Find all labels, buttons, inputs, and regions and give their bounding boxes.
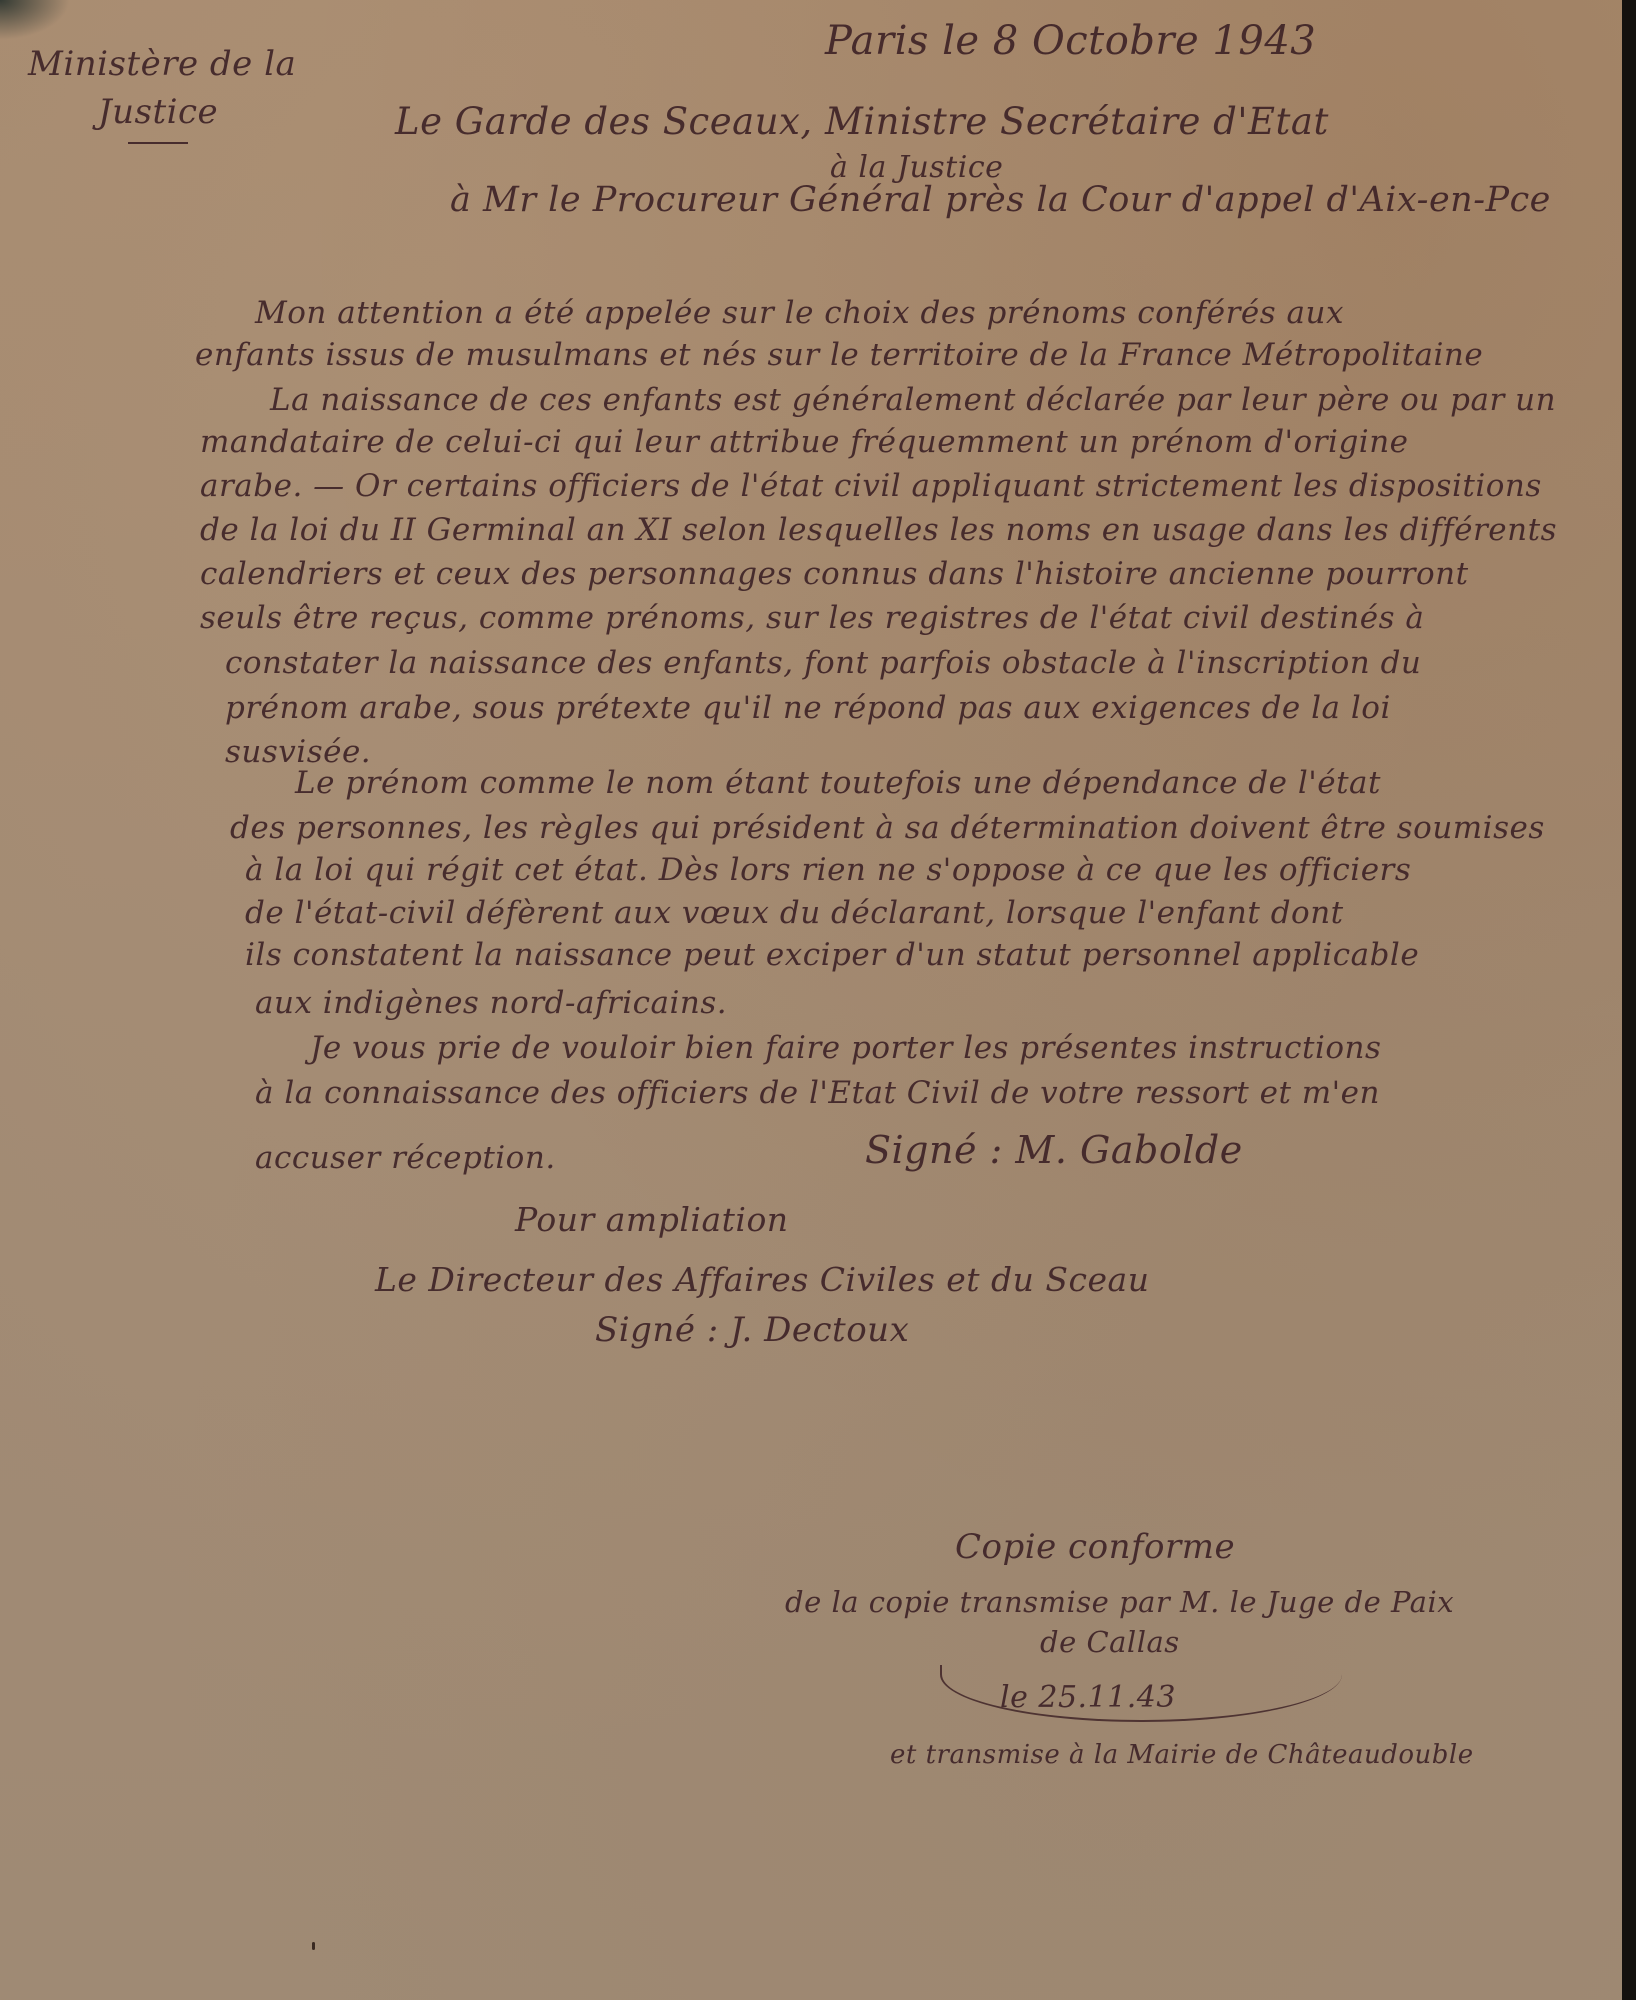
certification-date: le 25.11.43 (1000, 1680, 1176, 1715)
body-line: de la loi du II Germinal an XI selon les… (200, 512, 1557, 548)
ministry-underline (128, 142, 188, 144)
recipient-line: à Mr le Procureur Général près la Cour d… (450, 180, 1551, 220)
transmission-note: et transmise à la Mairie de Châteaudoubl… (890, 1740, 1474, 1770)
body-line: à la loi qui régit cet état. Dès lors ri… (245, 852, 1411, 888)
body-line: constater la naissance des enfants, font… (225, 645, 1421, 681)
body-line: accuser réception. (255, 1140, 556, 1176)
sender-line: Le Garde des Sceaux, Ministre Secrétaire… (395, 100, 1329, 143)
body-line: ils constatent la naissance peut exciper… (245, 937, 1419, 973)
ministry-line-2: Justice (98, 88, 296, 136)
certification-place: de Callas (1040, 1625, 1180, 1659)
letter-date: Paris le 8 Octobre 1943 (825, 18, 1316, 64)
page-edge-shadow (1622, 0, 1636, 2000)
body-line: à la connaissance des officiers de l'Eta… (255, 1075, 1380, 1111)
body-line: de l'état-civil défèrent aux vœux du déc… (245, 895, 1344, 931)
page-corner-shadow (0, 0, 70, 40)
body-line: prénom arabe, sous prétexte qu'il ne rép… (225, 690, 1391, 726)
certification-source: de la copie transmise par M. le Juge de … (785, 1585, 1454, 1619)
ampliation-heading: Pour ampliation (515, 1200, 789, 1239)
body-line: Je vous prie de vouloir bien faire porte… (310, 1030, 1381, 1066)
certification-heading: Copie conforme (955, 1527, 1235, 1567)
director-signature: Signé : J. Dectoux (595, 1310, 909, 1350)
body-line: des personnes, les règles qui président … (230, 810, 1545, 846)
body-line: seuls être reçus, comme prénoms, sur les… (200, 600, 1424, 636)
body-line: mandataire de celui-ci qui leur attribue… (200, 424, 1409, 460)
body-line: enfants issus de musulmans et nés sur le… (195, 337, 1483, 373)
body-line: La naissance de ces enfants est générale… (270, 382, 1556, 418)
body-line: calendriers et ceux des personnages conn… (200, 556, 1469, 592)
paper-speck (312, 1942, 315, 1950)
document-page: Ministère de la Justice Paris le 8 Octob… (0, 0, 1622, 2000)
ministry-heading: Ministère de la Justice (28, 40, 296, 144)
body-line: arabe. — Or certains officiers de l'état… (200, 468, 1542, 504)
body-line: aux indigènes nord-africains. (255, 985, 727, 1021)
body-line: Le prénom comme le nom étant toutefois u… (295, 765, 1381, 801)
ministry-line-1: Ministère de la (28, 40, 296, 88)
minister-signature: Signé : M. Gabolde (865, 1128, 1243, 1172)
director-title: Le Directeur des Affaires Civiles et du … (375, 1260, 1149, 1299)
body-line: Mon attention a été appelée sur le choix… (255, 295, 1344, 331)
